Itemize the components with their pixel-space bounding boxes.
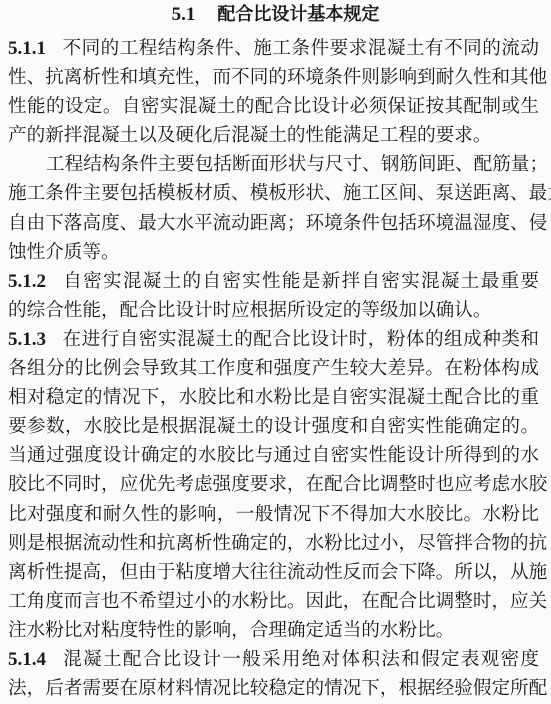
body-text: 5.1.1不同的工程结构条件、施工条件要求混凝土有不同的流动 性、抗离析性和填充… <box>8 34 539 703</box>
document-page: 5.1配合比设计基本规定 5.1.1不同的工程结构条件、施工条件要求混凝土有不同… <box>0 0 551 704</box>
text-line: 产的新拌混凝土以及硬化后混凝土的性能满足工程的要求。 <box>8 121 539 150</box>
text-line: 注水粉比对粘度特性的影响，合理确定适当的水粉比。 <box>8 616 539 645</box>
clause-number: 5.1.3 <box>8 329 46 350</box>
text-line: 自由下落高度、最大水平流动距离；环境条件包括环境温湿度、侵 <box>8 209 539 238</box>
clause-number: 5.1.4 <box>8 649 46 670</box>
text-line: 比对强度和耐久性的影响，一般情况下不得加大水胶比。水粉比 <box>8 500 539 529</box>
text-line: 当通过强度设计确定的水胶比与通过自密实性能设计所得到的水 <box>8 441 539 470</box>
text-run: 不同的工程结构条件、施工条件要求混凝土有不同的流动 <box>62 38 539 59</box>
section-heading: 5.1配合比设计基本规定 <box>0 3 551 27</box>
text-line: 蚀性介质等。 <box>8 238 539 267</box>
section-number: 5.1 <box>172 3 196 27</box>
text-line: 性能的设定。自密实混凝土的配合比设计必须保证按其配制或生 <box>8 92 539 121</box>
clause-5-1-1-line: 5.1.1不同的工程结构条件、施工条件要求混凝土有不同的流动 <box>8 34 539 63</box>
text-line: 工程结构条件主要包括断面形状与尺寸、钢筋间距、配筋量； <box>8 150 539 179</box>
clause-5-1-4-line: 5.1.4混凝土配合比设计一般采用绝对体积法和假定表观密度 <box>8 645 539 674</box>
clause-number: 5.1.2 <box>8 271 46 292</box>
clause-5-1-3-line: 5.1.3在进行自密实混凝土的配合比设计时，粉体的组成种类和 <box>8 325 539 354</box>
text-line: 的综合性能，配合比设计时应根据所设定的等级加以确认。 <box>8 296 539 325</box>
text-run: 在进行自密实混凝土的配合比设计时，粉体的组成种类和 <box>62 329 539 350</box>
text-line: 法，后者需要在原材料情况比较稳定的情况下，根据经验假定所配 <box>8 674 539 703</box>
text-line: 则是根据流动性和抗离析性确定的，水粉比过小，尽管拌合物的抗 <box>8 529 539 558</box>
text-line: 性、抗离析性和填充性，而不同的环境条件则影响到耐久性和其他 <box>8 63 539 92</box>
text-line: 相对稳定的情况下，水胶比和水粉比是自密实混凝土配合比的重 <box>8 383 539 412</box>
text-run: 混凝土配合比设计一般采用绝对体积法和假定表观密度 <box>62 649 539 670</box>
text-run: 自密实混凝土的自密实性能是新拌自密实混凝土最重要 <box>62 271 539 292</box>
text-line: 施工条件主要包括模板材质、模板形状、施工区间、泵送距离、最大 <box>8 179 539 208</box>
section-title: 配合比设计基本规定 <box>217 4 379 25</box>
text-line: 离析性提高，但由于粘度增大往往流动性反而会下降。所以，从施 <box>8 558 539 587</box>
clause-5-1-2-line: 5.1.2自密实混凝土的自密实性能是新拌自密实混凝土最重要 <box>8 267 539 296</box>
text-line: 要参数，水胶比是根据混凝土的设计强度和自密实性能确定的。 <box>8 412 539 441</box>
text-line: 各组分的比例会导致其工作度和强度产生较大差异。在粉体构成 <box>8 354 539 383</box>
text-line: 胶比不同时，应优先考虑强度要求，在配合比调整时也应考虑水胶 <box>8 470 539 499</box>
clause-number: 5.1.1 <box>8 38 46 59</box>
text-line: 工角度而言也不希望过小的水粉比。因此，在配合比调整时，应关 <box>8 587 539 616</box>
